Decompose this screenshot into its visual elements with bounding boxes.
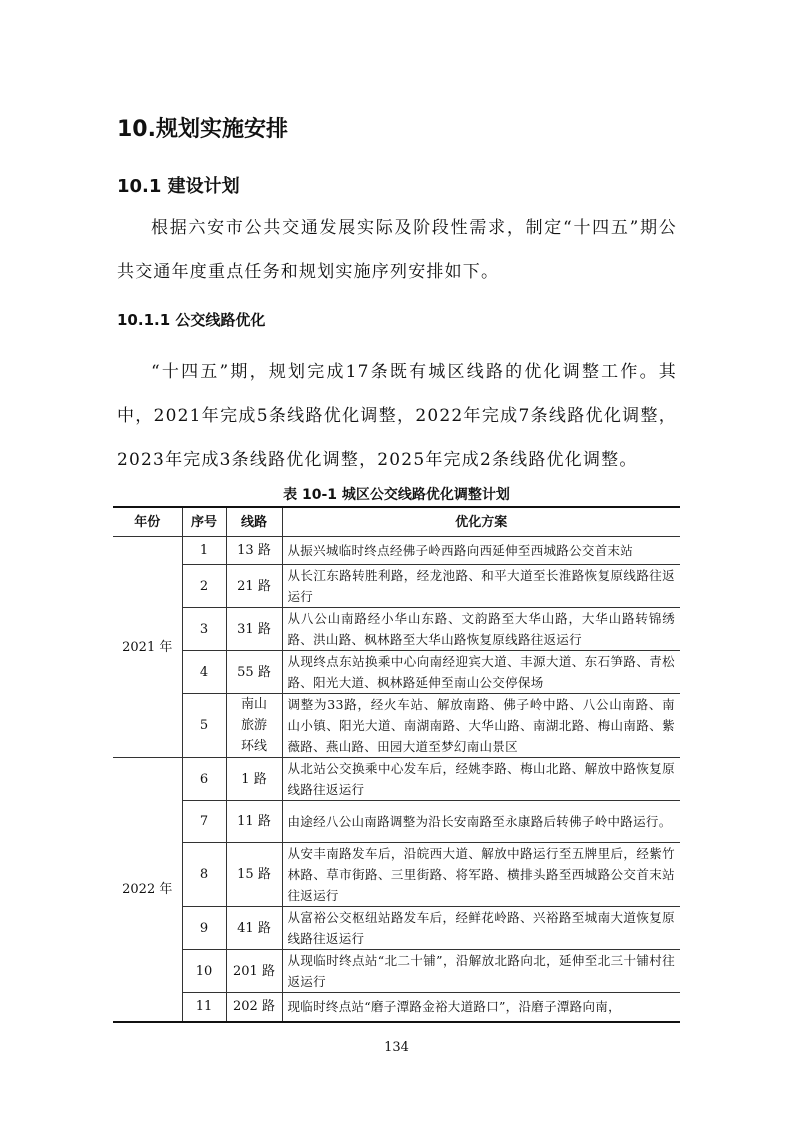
row-number: 10 — [182, 950, 226, 993]
header-plan: 优化方案 — [282, 507, 680, 537]
plan-text: 从安丰南路发车后，沿皖西大道、解放中路运行至五牌里后，经紫竹林路、草市街路、三里… — [282, 843, 680, 907]
plan-text: 从振兴城临时终点经佛子岭西路向西延伸至西城路公交首末站 — [282, 537, 680, 565]
row-number: 11 — [182, 993, 226, 1022]
plan-text: 从富裕公交枢纽站路发车后，经鲜花岭路、兴裕路至城南大道恢复原线路往返运行 — [282, 907, 680, 950]
row-number: 6 — [182, 758, 226, 801]
table-row: 3 31 路 从八公山南路经小华山东路、文韵路至大华山路，大华山路转锦绣路、洪山… — [113, 608, 680, 651]
intro-paragraph: 根据六安市公共交通发展实际及阶段性需求，制定“十四五”期公共交通年度重点任务和规… — [117, 206, 677, 294]
subsection-heading: 10.1.1 公交线路优化 — [117, 309, 265, 330]
table-row: 8 15 路 从安丰南路发车后，沿皖西大道、解放中路运行至五牌里后，经紫竹林路、… — [113, 843, 680, 907]
table-caption: 表 10-1 城区公交线路优化调整计划 — [0, 484, 793, 504]
row-number: 3 — [182, 608, 226, 651]
route-name: 1 路 — [226, 758, 282, 801]
plan-text: 从现终点东站换乘中心向南经迎宾大道、丰源大道、东石笋路、青松路、阳光大道、枫林路… — [282, 651, 680, 694]
route-name: 202 路 — [226, 993, 282, 1022]
row-number: 2 — [182, 565, 226, 608]
row-number: 9 — [182, 907, 226, 950]
route-name: 11 路 — [226, 801, 282, 843]
year-cell: 2022 年 — [113, 758, 182, 1022]
route-name: 13 路 — [226, 537, 282, 565]
summary-paragraph: “十四五”期，规划完成17条既有城区线路的优化调整工作。其中，2021年完成5条… — [117, 350, 677, 482]
table-row: 2022 年 6 1 路 从北站公交换乘中心发车后，经姚李路、梅山北路、解放中路… — [113, 758, 680, 801]
table-row: 4 55 路 从现终点东站换乘中心向南经迎宾大道、丰源大道、东石笋路、青松路、阳… — [113, 651, 680, 694]
table-row: 2021 年 1 13 路 从振兴城临时终点经佛子岭西路向西延伸至西城路公交首末… — [113, 537, 680, 565]
page-number: 134 — [0, 1040, 793, 1055]
header-route: 线路 — [226, 507, 282, 537]
table-row: 9 41 路 从富裕公交枢纽站路发车后，经鲜花岭路、兴裕路至城南大道恢复原线路往… — [113, 907, 680, 950]
route-name: 21 路 — [226, 565, 282, 608]
plan-text: 现临时终点站“磨子潭路金裕大道路口”，沿磨子潭路向南， — [282, 993, 680, 1022]
route-name: 31 路 — [226, 608, 282, 651]
plan-text: 从现临时终点站“北二十铺”，沿解放北路向北，延伸至北三十铺村往返运行 — [282, 950, 680, 993]
row-number: 5 — [182, 694, 226, 758]
row-number: 8 — [182, 843, 226, 907]
year-cell: 2021 年 — [113, 537, 182, 758]
plan-text: 从北站公交换乘中心发车后，经姚李路、梅山北路、解放中路恢复原线路往返运行 — [282, 758, 680, 801]
header-year: 年份 — [113, 507, 182, 537]
table-row: 7 11 路 由途经八公山南路调整为沿长安南路至永康路后转佛子岭中路运行。 — [113, 801, 680, 843]
plan-text: 从八公山南路经小华山东路、文韵路至大华山路，大华山路转锦绣路、洪山路、枫林路至大… — [282, 608, 680, 651]
route-name: 南山旅游环线 — [226, 694, 282, 758]
plan-text: 从长江东路转胜利路，经龙池路、和平大道至长淮路恢复原线路往返运行 — [282, 565, 680, 608]
route-name: 55 路 — [226, 651, 282, 694]
route-name: 41 路 — [226, 907, 282, 950]
table-row: 2 21 路 从长江东路转胜利路，经龙池路、和平大道至长淮路恢复原线路往返运行 — [113, 565, 680, 608]
table-row: 11 202 路 现临时终点站“磨子潭路金裕大道路口”，沿磨子潭路向南， — [113, 993, 680, 1022]
route-name: 15 路 — [226, 843, 282, 907]
row-number: 7 — [182, 801, 226, 843]
route-optimization-table: 年份 序号 线路 优化方案 2021 年 1 13 路 从振兴城临时终点经佛子岭… — [113, 506, 680, 1023]
table-row: 5 南山旅游环线 调整为33路，经火车站、解放南路、佛子岭中路、八公山南路、南山… — [113, 694, 680, 758]
section-heading: 10.1 建设计划 — [117, 172, 240, 198]
table-row: 10 201 路 从现临时终点站“北二十铺”，沿解放北路向北，延伸至北三十铺村往… — [113, 950, 680, 993]
route-name: 201 路 — [226, 950, 282, 993]
chapter-heading: 10.规划实施安排 — [117, 112, 288, 143]
plan-text: 由途经八公山南路调整为沿长安南路至永康路后转佛子岭中路运行。 — [282, 801, 680, 843]
row-number: 1 — [182, 537, 226, 565]
plan-text: 调整为33路，经火车站、解放南路、佛子岭中路、八公山南路、南山小镇、阳光大道、南… — [282, 694, 680, 758]
header-no: 序号 — [182, 507, 226, 537]
row-number: 4 — [182, 651, 226, 694]
table-header-row: 年份 序号 线路 优化方案 — [113, 507, 680, 537]
